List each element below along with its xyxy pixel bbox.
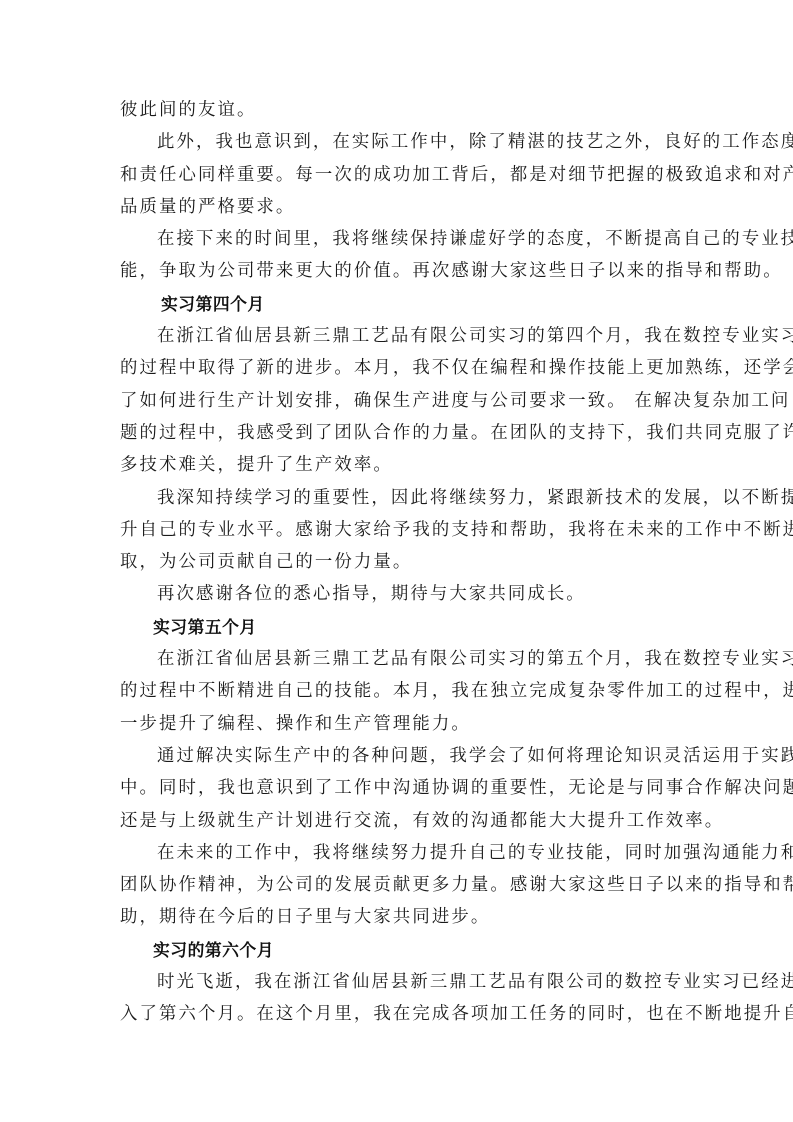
text-line: 的过程中不断精进自己的技能。本月，我在独立完成复杂零件加工的过程中，进 [120,675,674,707]
text-line: 品质量的严格要求。 [120,191,674,223]
text-line: 一步提升了编程、操作和生产管理能力。 [120,708,674,740]
text-line: 在浙江省仙居县新三鼎工艺品有限公司实习的第四个月，我在数控专业实习 [120,320,674,352]
text-line: 时光飞逝，我在浙江省仙居县新三鼎工艺品有限公司的数控专业实习已经进 [120,966,674,998]
text-line: 题的过程中，我感受到了团队合作的力量。在团队的支持下，我们共同克服了许 [120,417,674,449]
text-line: 中。同时，我也意识到了工作中沟通协调的重要性，无论是与同事合作解决问题， [120,772,674,804]
text-line: 我深知持续学习的重要性，因此将继续努力，紧跟新技术的发展，以不断提 [120,482,674,514]
section-heading-month-six: 实习的第六个月 [120,934,674,966]
text-line: 再次感谢各位的悉心指导，期待与大家共同成长。 [120,578,674,610]
text-line: 在接下来的时间里，我将继续保持谦虚好学的态度，不断提高自己的专业技 [120,223,674,255]
text-line: 入了第六个月。在这个月里，我在完成各项加工任务的同时，也在不断地提升自 [120,998,674,1030]
paragraph-month-five-progress: 在浙江省仙居县新三鼎工艺品有限公司实习的第五个月，我在数控专业实习 的过程中不断… [120,643,674,740]
paragraph-month-six-intro: 时光飞逝，我在浙江省仙居县新三鼎工艺品有限公司的数控专业实习已经进 入了第六个月… [120,966,674,1031]
text-line: 能，争取为公司带来更大的价值。再次感谢大家这些日子以来的指导和帮助。 [120,255,674,287]
text-line: 通过解决实际生产中的各种问题，我学会了如何将理论知识灵活运用于实践 [120,740,674,772]
paragraph-future-plans: 在接下来的时间里，我将继续保持谦虚好学的态度，不断提高自己的专业技 能，争取为公… [120,223,674,288]
paragraph-work-attitude: 此外，我也意识到，在实际工作中，除了精湛的技艺之外，良好的工作态度 和责任心同样… [120,126,674,223]
text-line: 团队协作精神，为公司的发展贡献更多力量。感谢大家这些日子以来的指导和帮 [120,869,674,901]
text-line: 彼此间的友谊。 [120,94,674,126]
text-line: 此外，我也意识到，在实际工作中，除了精湛的技艺之外，良好的工作态度 [120,126,674,158]
text-line: 取，为公司贡献自己的一份力量。 [120,546,674,578]
paragraph-month-four-learning: 我深知持续学习的重要性，因此将继续努力，紧跟新技术的发展，以不断提 升自己的专业… [120,482,674,579]
text-line: 助，期待在今后的日子里与大家共同进步。 [120,901,674,933]
text-line: 还是与上级就生产计划进行交流，有效的沟通都能大大提升工作效率。 [120,805,674,837]
text-line: 的过程中取得了新的进步。本月，我不仅在编程和操作技能上更加熟练，还学会 [120,352,674,384]
document-page: 彼此间的友谊。 此外，我也意识到，在实际工作中，除了精湛的技艺之外，良好的工作态… [120,94,674,1031]
paragraph-month-four-progress: 在浙江省仙居县新三鼎工艺品有限公司实习的第四个月，我在数控专业实习 的过程中取得… [120,320,674,481]
paragraph-month-four-thanks: 再次感谢各位的悉心指导，期待与大家共同成长。 [120,578,674,610]
text-line: 升自己的专业水平。感谢大家给予我的支持和帮助，我将在未来的工作中不断进 [120,514,674,546]
text-line: 在浙江省仙居县新三鼎工艺品有限公司实习的第五个月，我在数控专业实习 [120,643,674,675]
text-line: 多技术难关，提升了生产效率。 [120,449,674,481]
paragraph-month-five-communication: 通过解决实际生产中的各种问题，我学会了如何将理论知识灵活运用于实践 中。同时，我… [120,740,674,837]
section-heading-month-five: 实习第五个月 [120,611,674,643]
text-line: 在未来的工作中，我将继续努力提升自己的专业技能，同时加强沟通能力和 [120,837,674,869]
paragraph-month-five-future: 在未来的工作中，我将继续努力提升自己的专业技能，同时加强沟通能力和 团队协作精神… [120,837,674,934]
text-line: 和责任心同样重要。每一次的成功加工背后，都是对细节把握的极致追求和对产 [120,159,674,191]
text-line: 了如何进行生产计划安排，确保生产进度与公司要求一致。 在解决复杂加工问 [120,385,674,417]
section-heading-month-four: 实习第四个月 [120,288,674,320]
paragraph-continuation: 彼此间的友谊。 [120,94,674,126]
